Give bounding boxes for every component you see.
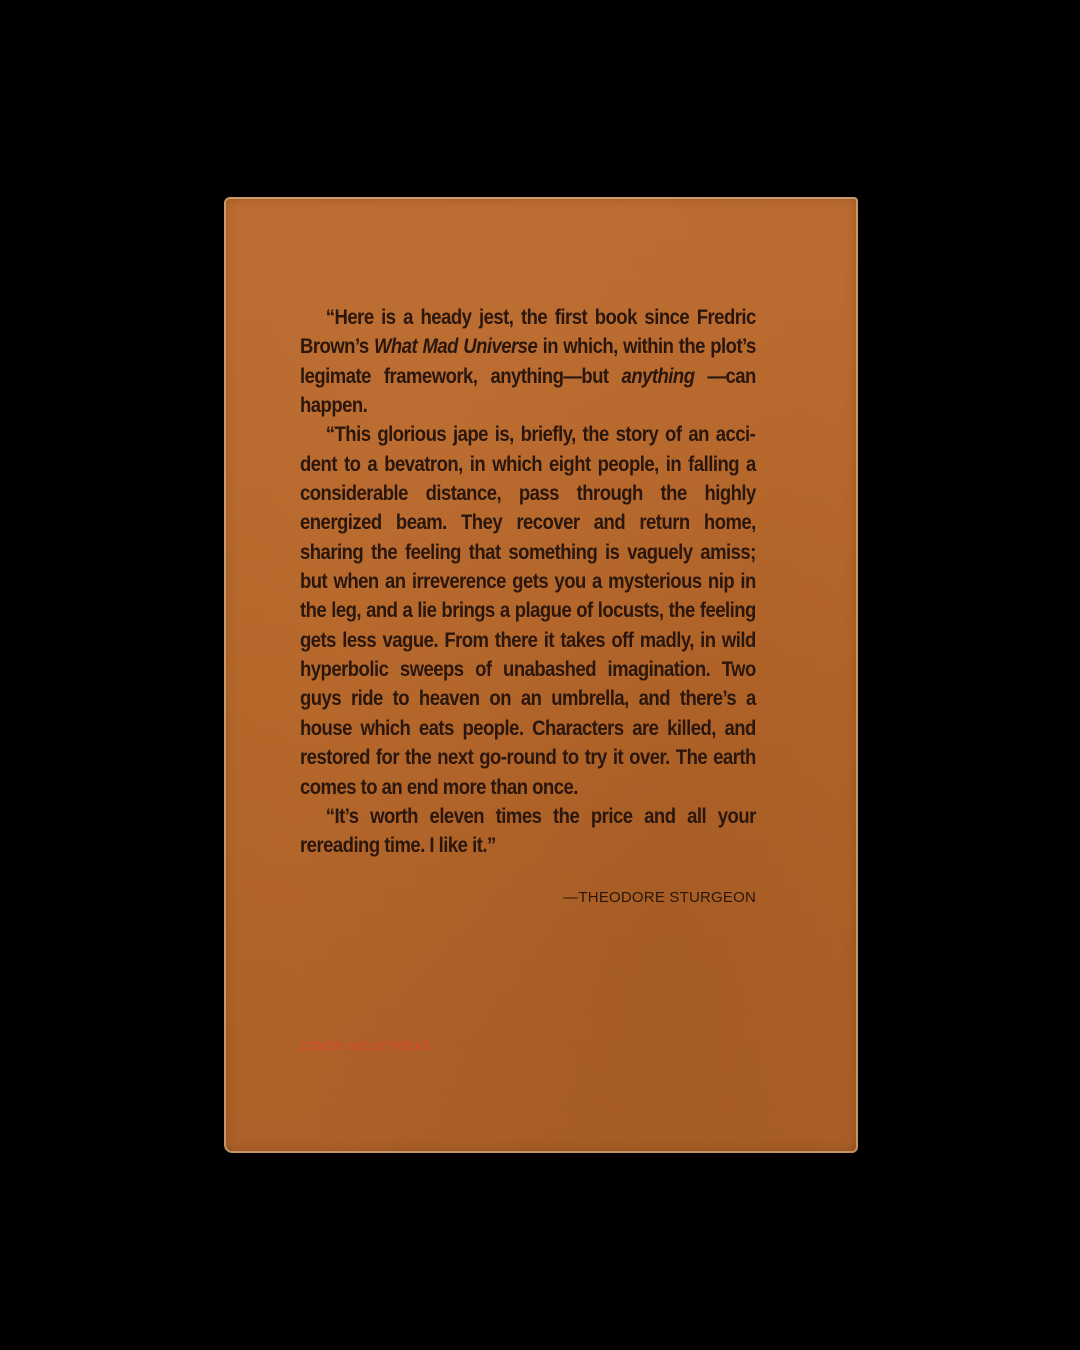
text-segment: “It’s worth eleven times the price and a…: [300, 804, 756, 857]
cover-artist-credit: COVER: KELLY FREAS: [300, 1039, 431, 1053]
blurb-text: “Here is a heady jest, the first book si…: [300, 303, 692, 861]
blurb-paragraph: “This glorious jape is, briefly, the sto…: [300, 420, 756, 801]
quote-attribution: —THEODORE STURGEON: [520, 889, 756, 906]
blurb-paragraph: “It’s worth eleven times the price and a…: [300, 802, 756, 861]
italic-title: What Mad Universe: [374, 334, 537, 358]
italic-title: anything: [622, 364, 695, 388]
blurb-paragraph: “Here is a heady jest, the first book si…: [300, 303, 756, 420]
text-segment: “This glorious jape is, briefly, the sto…: [300, 422, 756, 798]
